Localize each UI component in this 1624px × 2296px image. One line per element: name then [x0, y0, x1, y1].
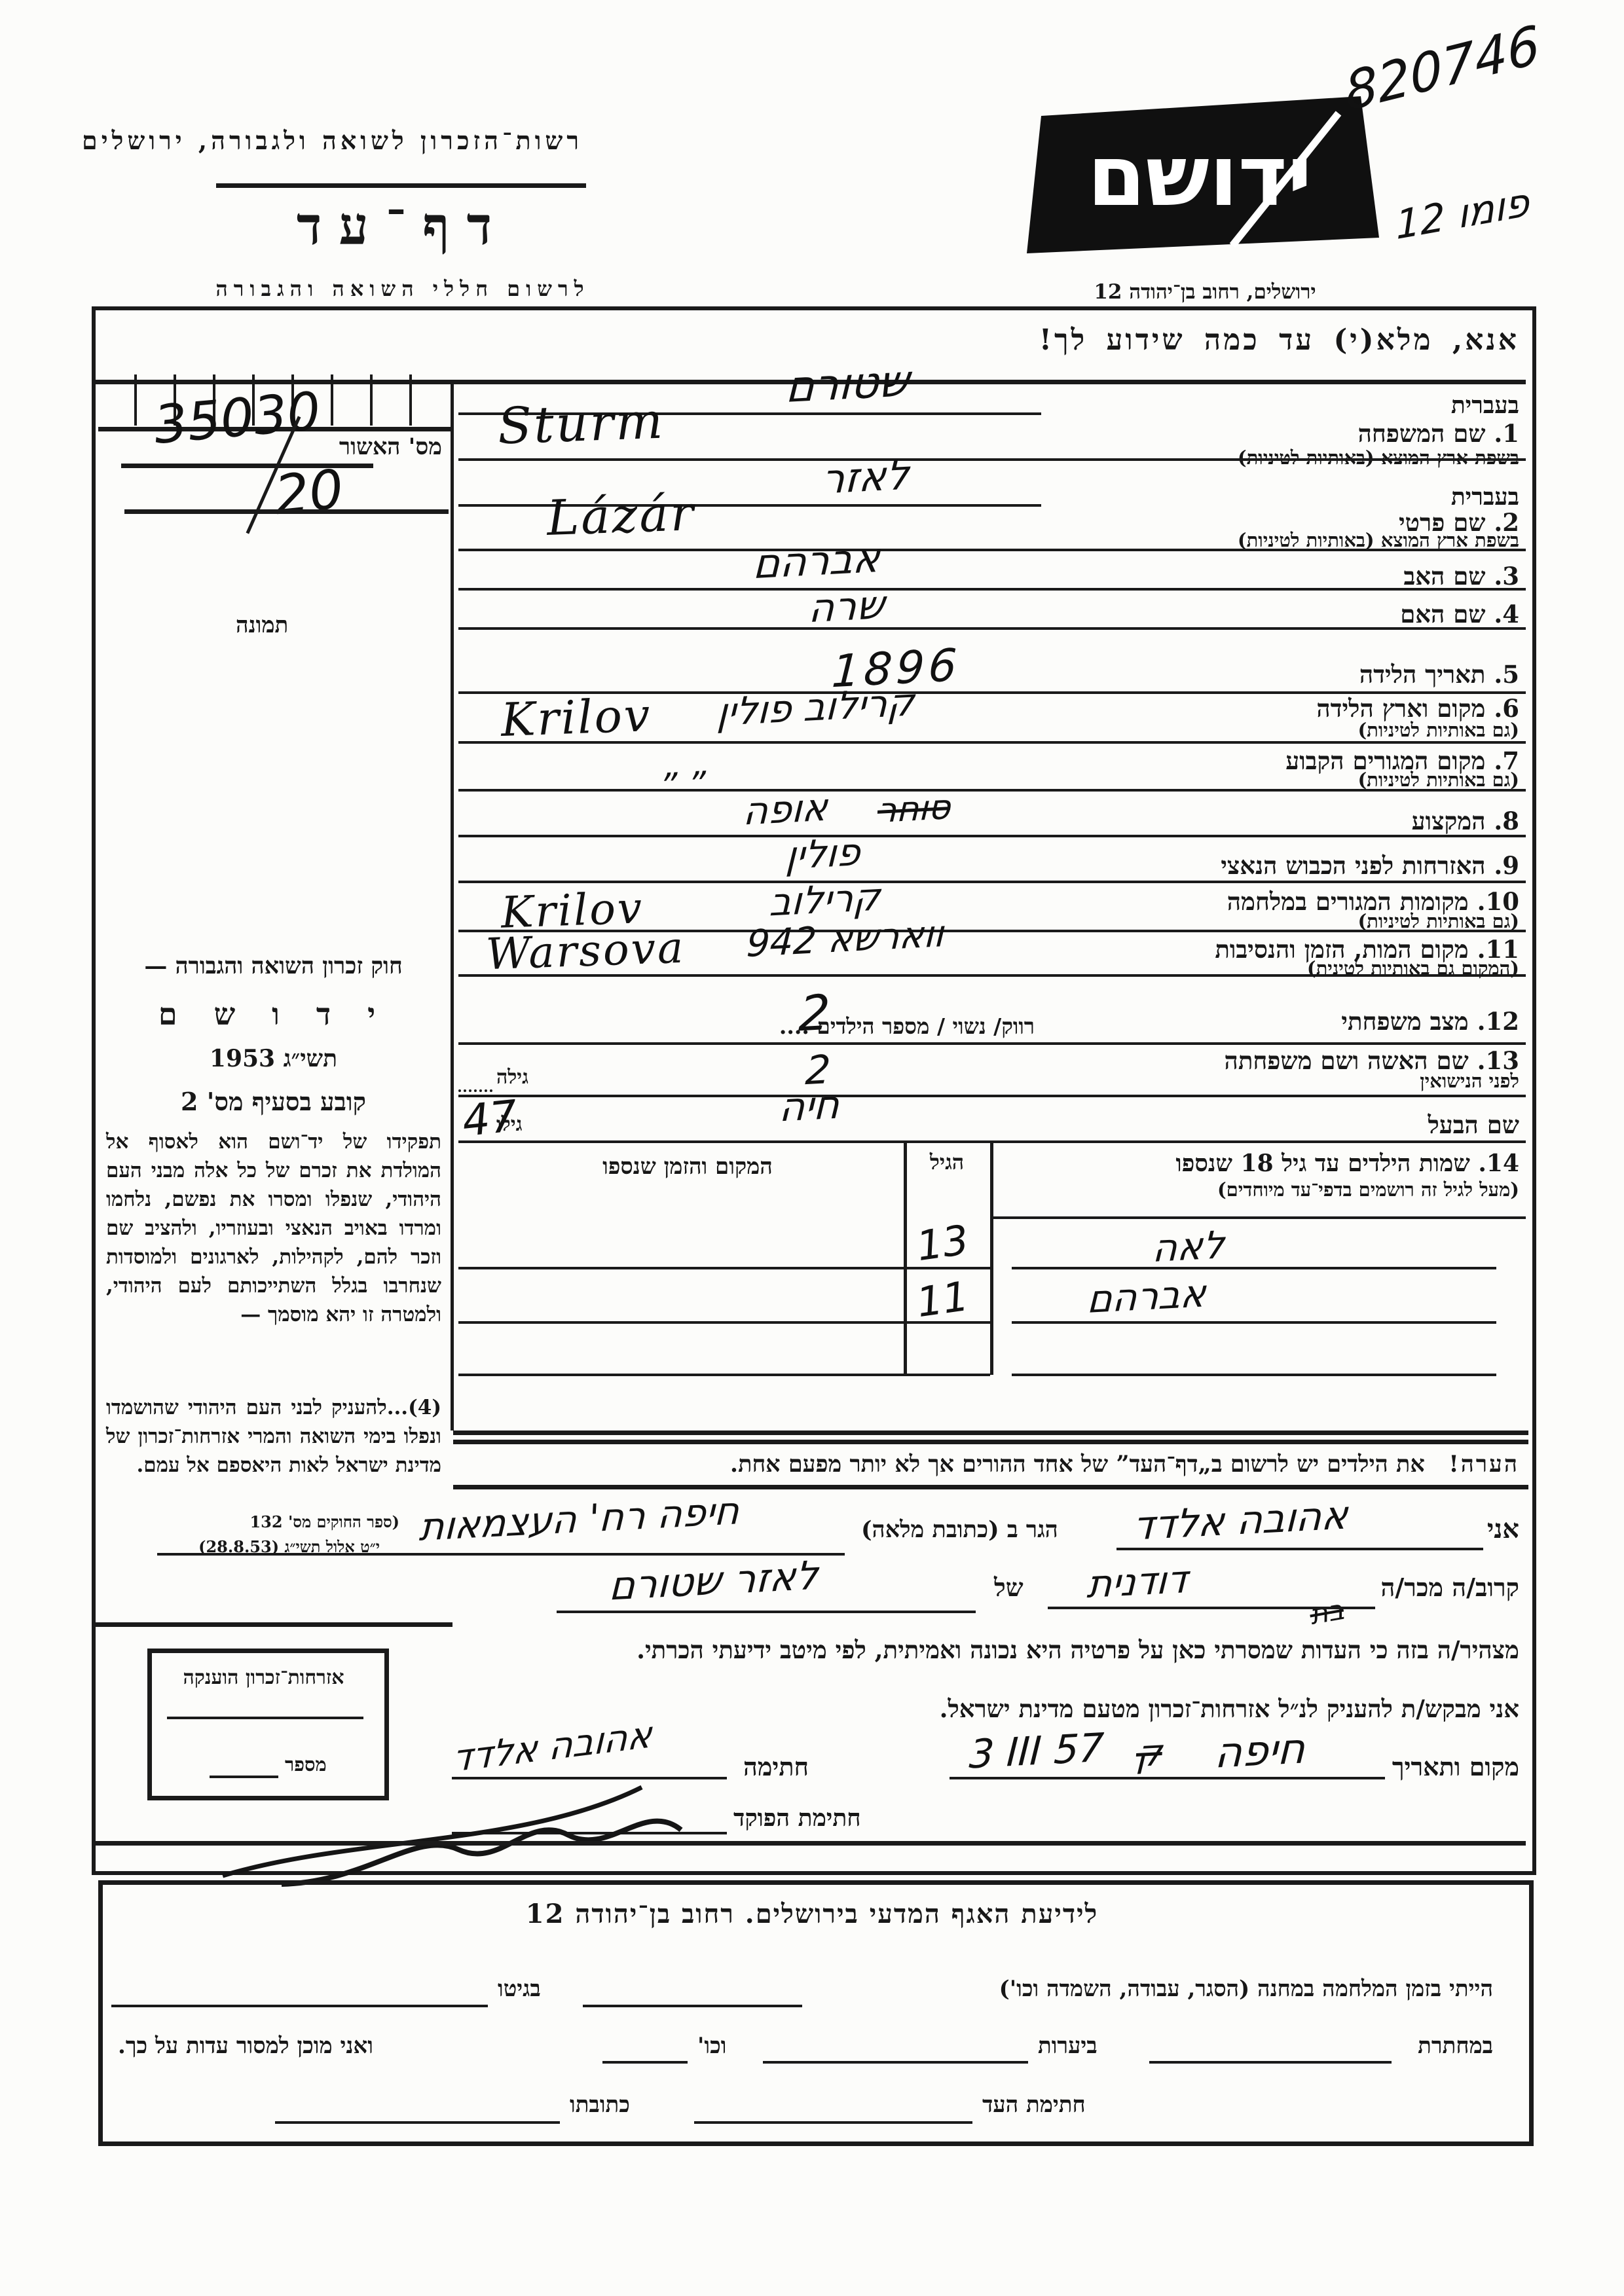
field1-hebrew-tag: בעברית: [1451, 392, 1519, 419]
hw-relation-struck: בת: [1307, 1594, 1346, 1631]
hw-children-count: 2: [798, 985, 832, 1043]
hw-child1-name: לאה: [1151, 1222, 1225, 1271]
authority-title: רשות־הזכרון לשואה ולגבורה, ירושלים: [105, 126, 583, 156]
of-label: של: [994, 1573, 1024, 1603]
info-address-blank: [275, 2121, 560, 2124]
resides-label: הגר ב (כתובת מלאה): [861, 1516, 1058, 1543]
field7-sublabel: (גם באותיות לטיניות): [1357, 769, 1519, 792]
table-col-age-header: הגיל: [906, 1150, 987, 1175]
info-ghetto-label: בגיטו: [498, 1976, 541, 2002]
husband-name-label: שם הבעל: [1428, 1110, 1519, 1140]
law-name: י ד ו ש ם: [108, 996, 439, 1032]
citizenship-box-title: אזרחות־זכרון הוענקה: [154, 1666, 373, 1689]
table-col-line-2: [990, 1140, 993, 1375]
hw-family-name-hebrew: שטורם: [784, 355, 910, 412]
field2-hebrew-tag: בעברית: [1451, 483, 1519, 511]
info-underground-blank: [1149, 2061, 1392, 2064]
field14-label: 14. שמות הילדים עד גיל 18 שנספו: [1176, 1150, 1519, 1177]
hw-residence-ditto: „ „: [663, 744, 711, 786]
answer-line-3: [458, 588, 1526, 591]
law-ref-1: (ספר החוקים מס' 132: [138, 1512, 399, 1532]
law-title: חוק זכרון השואה והגבורה —: [108, 953, 439, 979]
hw-birthplace-latin: Krilov: [500, 688, 653, 747]
info-etc-blank: [602, 2061, 688, 2064]
tick-mark: [409, 374, 412, 426]
field4-label: 4. שם האם: [1400, 600, 1519, 629]
table-col-place-header: המקום והזמן שנספו: [485, 1154, 891, 1180]
witness-signature-tail: [223, 1787, 642, 1876]
hw-citizenship: פולין: [784, 829, 861, 878]
approval-suffix: 20: [272, 458, 346, 527]
info-address-label: כתובתו: [570, 2092, 630, 2118]
field12-label: 12. מצב משפחתי: [1341, 1007, 1519, 1036]
tick-mark: [370, 374, 373, 426]
note-bottom-rule: [453, 1485, 1528, 1489]
answer-line-4: [458, 627, 1526, 630]
field3-label: 3. שם האב: [1403, 562, 1519, 591]
marital-status-printed: רווק/ נשוי / מספר הילדים ....: [668, 1013, 1035, 1040]
hw-child2-name: אברהם: [1086, 1271, 1207, 1322]
law-text: תפקידו של יד־ושם הוא לאסוף אל המולדת את …: [106, 1127, 441, 1329]
hw-profession: אופה: [742, 784, 828, 833]
archival-serial-handwritten: 820746: [1342, 14, 1543, 123]
hw-profession-struck: סוחר: [876, 788, 951, 831]
law-text-2: ‎...(4)‎להעניק לבני העם היהודי שהושמדו ו…: [106, 1393, 441, 1480]
hw-father-name: אברהם: [752, 534, 881, 588]
hw-death-place-latin: Warsova: [485, 922, 686, 980]
table-row3-line-right: [1012, 1374, 1496, 1376]
tick-mark: [331, 374, 333, 426]
hw-relation: דודנית: [1086, 1557, 1189, 1607]
field8-label: 8. המקצוע: [1412, 807, 1519, 836]
wife-age-label: גילה: [496, 1066, 528, 1089]
table-row3-line-left: [458, 1374, 990, 1376]
info-camp-label: הייתי בזמן המלחמה במחנה (הסגר, עבודה, הש…: [999, 1976, 1493, 2002]
declaration-i-label: אני: [1487, 1514, 1519, 1544]
hw-first-name-latin: Lázár: [546, 485, 697, 547]
declaration-statement: מצהיר/ה בזה כי העדות שמסרתי כאן על פרטיה…: [118, 1635, 1519, 1665]
answer-line-12: [458, 1042, 1526, 1045]
logo-text: ידושם: [1087, 128, 1312, 225]
photo-label: תמונה: [236, 612, 288, 638]
answer-line-2b: [458, 549, 1526, 551]
hw-wife-name: חיה: [778, 1082, 840, 1131]
info-ghetto-blank: [111, 2005, 488, 2007]
info-box-title: לידיעת האגף המדעי בירושלים. רחוב בן־יהוד…: [105, 1899, 1519, 1929]
info-witness-signature-blank: [694, 2121, 972, 2124]
table-row1-line-right: [1012, 1267, 1496, 1269]
info-willing-testify-label: ואני מוכן למסור עדות על כך.: [118, 2033, 373, 2059]
yad-vashem-logo: ידושם: [1022, 88, 1388, 268]
daf-ed-scanned-form: רשות־הזכרון לשואה ולגבורה, ירושלים דף־עד…: [0, 0, 1624, 2296]
field6-sublabel: (גם באותיות לטיניות): [1357, 719, 1519, 742]
field9-label: 9. האזרחות לפני הכבוש הנאצי: [1221, 851, 1519, 881]
law-year: תשי״ג 1953: [108, 1045, 439, 1072]
form-subtitle: לרשום חללי השואה והגבורה: [196, 276, 609, 301]
note-top-rule-1: [453, 1430, 1528, 1435]
field1-label: 1. שם המשפחה: [1358, 419, 1519, 448]
declarant-address-line: [157, 1553, 845, 1556]
info-forests-label: ביערות: [1038, 2033, 1098, 2059]
field13-sublabel: לפני הנישואין: [1420, 1070, 1519, 1093]
header-rule: [216, 183, 586, 188]
note-text: את הילדים יש לרשום ב„דף־העד” של אחד ההור…: [730, 1451, 1425, 1478]
answer-line-13: [458, 1095, 1526, 1097]
approval-line-2: [124, 509, 449, 514]
field14-sublabel: (מעל לגיל זה רושמים בדפי־עד מיוחדים): [1217, 1178, 1519, 1201]
table-label-cell-line: [990, 1216, 1526, 1219]
note-label: הערה!: [1449, 1451, 1519, 1478]
answer-line-8: [458, 835, 1526, 837]
info-forests-blank: [763, 2061, 1028, 2064]
relation-line: [1048, 1607, 1375, 1609]
relation-label: קרוב/ה מכר/ה: [1380, 1573, 1519, 1603]
table-row2-line-right: [1012, 1321, 1496, 1324]
children-note: הערה! את הילדים יש לרשום ב„דף־העד” של אח…: [445, 1451, 1519, 1478]
declarant-name-line: [1116, 1548, 1483, 1550]
approval-line-1: [121, 464, 373, 468]
fill-in-instruction: אנא, מלא(י) עד כמה שידוע לך!: [1039, 323, 1519, 357]
form-title: דף־עד: [282, 195, 524, 257]
answer-line-7: [458, 789, 1526, 792]
law-clause: קובע בסעיף מס' 2: [108, 1087, 439, 1117]
form-bottom-rule: [96, 1841, 1526, 1846]
hw-mother-name: שרה: [807, 582, 885, 632]
info-witness-signature-label: חתימת העד: [982, 2092, 1086, 2118]
victim-name-line: [557, 1611, 976, 1613]
hw-husband-age: 47: [460, 1091, 520, 1146]
table-col-line-1: [904, 1140, 907, 1375]
hw-family-name-latin: Sturm: [497, 392, 666, 456]
note-top-rule-2: [453, 1440, 1528, 1444]
table-row2-line-left: [458, 1321, 990, 1324]
table-row1-line-left: [458, 1267, 990, 1269]
answer-line-9: [458, 881, 1526, 883]
tick-mark: [134, 374, 137, 426]
info-underground-label: במחתרת: [1418, 2033, 1493, 2059]
field5-label: 5. תאריך הלידה: [1359, 660, 1519, 689]
sidebar-divider: [451, 383, 454, 1430]
info-etc-label: וכו': [697, 2033, 726, 2059]
side-note-handwritten: פומו 12: [1395, 179, 1530, 249]
office-address: ירושלים, רחוב בן־יהודה 12: [1022, 280, 1388, 304]
hw-child2-age: 11: [913, 1272, 971, 1326]
hw-first-name-hebrew: לאזר: [821, 450, 910, 503]
info-camp-blank: [583, 2005, 802, 2007]
sidebar-bottom-rule: [96, 1622, 452, 1627]
answer-line-1b: [458, 458, 1526, 461]
wife-age-dots: [458, 1089, 492, 1092]
hw-child1-age: 13: [913, 1216, 971, 1270]
